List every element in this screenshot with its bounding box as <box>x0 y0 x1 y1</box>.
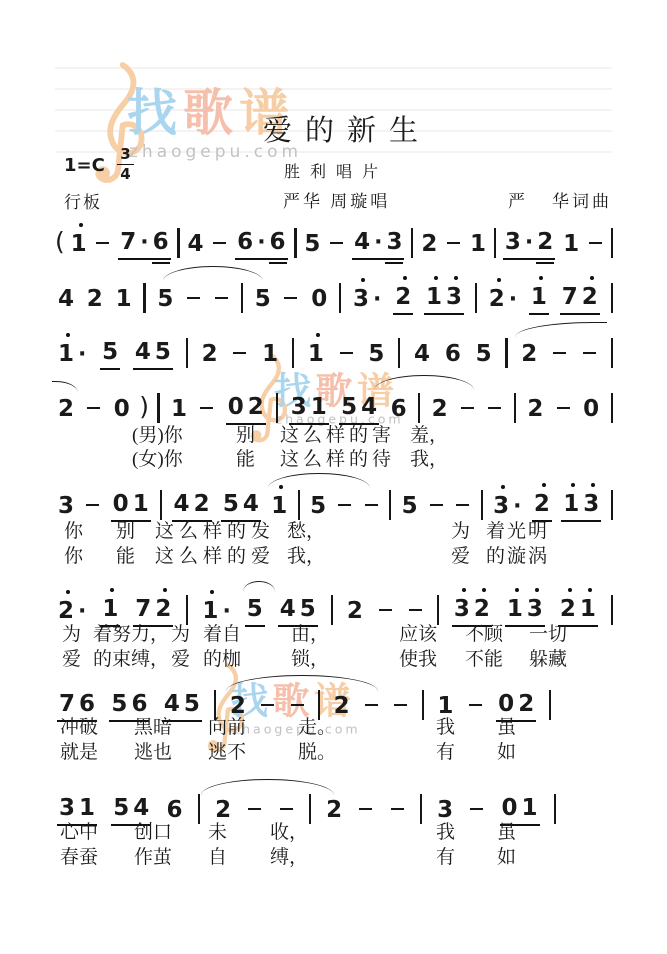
note-digit: 1 <box>308 343 324 366</box>
note-digit: 5 <box>402 495 418 518</box>
octave-dot <box>163 588 167 592</box>
jianpu-note: 1 <box>261 339 279 368</box>
duration-dash <box>280 808 293 811</box>
note-digit: 2 <box>527 398 543 421</box>
note-digit: 0 <box>502 797 518 820</box>
key-signature: 1=C <box>64 155 105 176</box>
barline <box>389 490 391 520</box>
lyric-segment: 的束缚， <box>93 649 169 671</box>
lyric-segment: 这么样的待 <box>280 449 395 471</box>
barline <box>298 490 300 520</box>
note-digit: 2 <box>194 493 210 516</box>
note-digit: 5 <box>184 693 200 716</box>
jianpu-note: 5 <box>299 594 317 623</box>
jianpu-note: 4· <box>353 227 383 256</box>
watermark-brand-char: 歌 <box>183 84 239 142</box>
lyric-segment: 着努力， <box>93 624 169 646</box>
barline <box>611 490 613 520</box>
jianpu-note: 1 <box>307 339 325 368</box>
lyric-segment: 躲藏 <box>529 649 567 671</box>
jianpu-note: 1 <box>78 793 96 822</box>
duration-dash <box>488 407 501 410</box>
jianpu-note: 5 <box>246 594 264 623</box>
jianpu-note: 5 <box>183 689 201 718</box>
lyric-segment: 为 <box>62 624 81 646</box>
duration-dash <box>261 704 274 707</box>
lyric-segment: 一切 <box>529 624 567 646</box>
duration-dash <box>447 242 460 245</box>
note-digit: 4 <box>135 341 151 364</box>
note-digit: 1 <box>133 493 149 516</box>
jianpu-note: 0 <box>310 284 328 313</box>
jianpu-note: 5 <box>112 793 130 822</box>
lyric-segment: 这么样的发 <box>155 521 275 543</box>
jianpu-note: 3 <box>57 491 75 520</box>
jianpu-note: 1 <box>562 229 580 258</box>
duration-dash <box>215 297 228 300</box>
jianpu-note: 1 <box>530 282 548 311</box>
octave-dot <box>316 333 320 337</box>
open-paren: ( <box>55 229 65 254</box>
octave-dot <box>539 276 543 280</box>
lyric-segment: 着自 <box>203 624 241 646</box>
jianpu-note: 5 <box>254 284 272 313</box>
note-digit: 0 <box>583 398 599 421</box>
note-digit: 1 <box>102 598 118 621</box>
jianpu-note: 1 <box>425 282 443 311</box>
jianpu-note: 1 <box>506 594 524 623</box>
note-digit: 6 <box>166 799 182 822</box>
duration-dash <box>589 242 602 245</box>
jianpu-note: 1 <box>270 491 288 520</box>
note-digit: 1 <box>271 495 287 518</box>
lyric-segment: 缚， <box>270 847 308 869</box>
note-digit: 2 <box>474 598 490 621</box>
beam-group: 72 <box>133 594 173 627</box>
lyric-segment: 为 <box>171 624 190 646</box>
beam-group: 1 <box>529 282 549 315</box>
jianpu-note: 2 <box>473 594 491 623</box>
jianpu-note: 4 <box>163 689 181 718</box>
note-digit: 3 <box>353 288 369 311</box>
augmentation-dot: · <box>513 496 521 518</box>
note-digit: 3 <box>291 396 307 419</box>
lyric-segment: 着光明 <box>486 521 549 543</box>
octave-dot <box>79 223 83 227</box>
lyric-segment: 我 <box>436 822 455 844</box>
jianpu-note: 3 <box>436 795 454 824</box>
note-digit: 2 <box>202 343 218 366</box>
barline <box>611 595 613 625</box>
barline <box>554 794 556 824</box>
jianpu-note: 2 <box>526 394 544 423</box>
jianpu-note: 2 <box>517 689 535 718</box>
note-digit: 3 <box>527 598 543 621</box>
barline <box>339 283 341 313</box>
barline <box>422 690 424 720</box>
lyric-segment: 为 <box>451 521 470 543</box>
augmentation-dot: · <box>78 344 86 366</box>
jianpu-note: 3 <box>453 594 471 623</box>
note-digit: 0 <box>114 398 130 421</box>
beam-group: 2 <box>393 282 413 315</box>
jianpu-note: 5 <box>309 491 327 520</box>
note-digit: 2 <box>58 600 74 623</box>
jianpu-note: 2 <box>325 795 343 824</box>
octave-dot <box>403 276 407 280</box>
slur-tie-arc <box>52 381 78 393</box>
duration-dash <box>340 352 353 355</box>
jianpu-note: 6 <box>390 394 408 423</box>
note-digit: 5 <box>341 396 357 419</box>
octave-dot <box>571 483 575 487</box>
jianpu-note: 4 <box>173 489 191 518</box>
octave-dot <box>542 483 546 487</box>
jianpu-note: 3 <box>445 282 463 311</box>
music-system: 4215503·2132·172 <box>55 279 615 317</box>
lyric-segment: 脱。 <box>298 742 336 764</box>
lyric-segment: 不能 <box>465 649 503 671</box>
watermark-brand-char: 找 <box>127 84 183 142</box>
octave-dot <box>501 485 505 489</box>
augmentation-dot: · <box>374 232 382 254</box>
barline <box>411 228 413 258</box>
duration-dash <box>365 504 378 507</box>
jianpu-note: 0 <box>501 793 519 822</box>
second-underline <box>385 262 403 264</box>
lyric-segment: 应该 <box>399 624 437 646</box>
jianpu-note: 7· <box>119 227 149 256</box>
note-digit: 2 <box>560 598 576 621</box>
note-digit: 3 <box>59 797 75 820</box>
slur-tie-arc <box>515 322 607 337</box>
barline <box>505 338 507 368</box>
jianpu-note: 3 <box>526 594 544 623</box>
duration-dash <box>284 297 297 300</box>
octave-dot <box>462 588 466 592</box>
jianpu-note: 0 <box>113 394 131 423</box>
beam-group: 5 <box>100 337 120 370</box>
lyric-segment: 收， <box>270 822 308 844</box>
note-digit: 7 <box>120 231 136 254</box>
octave-dot <box>434 276 438 280</box>
lyric-segment: (女)你 <box>132 449 183 471</box>
note-digit: 2 <box>58 398 74 421</box>
jianpu-note: 2 <box>86 284 104 313</box>
jianpu-note: 2· <box>57 596 87 625</box>
barline <box>611 393 613 423</box>
barline <box>611 338 613 368</box>
note-digit: 2 <box>518 693 534 716</box>
jianpu-note: 1 <box>115 284 133 313</box>
lyric-segment: 的漩涡 <box>486 546 549 568</box>
octave-dot <box>535 588 539 592</box>
barline <box>437 595 439 625</box>
barline <box>420 794 422 824</box>
jianpu-note: 3· <box>492 491 522 520</box>
jianpu-note: 5 <box>401 491 419 520</box>
beam-group: 01 <box>111 489 151 522</box>
beam-group: 31 <box>57 793 97 826</box>
barline <box>143 283 145 313</box>
augmentation-dot: · <box>140 232 148 254</box>
note-digit: 2 <box>334 695 350 718</box>
jianpu-note: 5 <box>156 284 174 313</box>
note-digit: 4 <box>243 493 259 516</box>
lyric-segment: 这么样的爱 <box>155 546 275 568</box>
close-paren: ) <box>139 394 149 419</box>
jianpu-note: 4 <box>360 392 378 421</box>
beam-group: 45 <box>133 337 173 370</box>
note-digit: 4 <box>164 693 180 716</box>
note-digit: 3 <box>437 799 453 822</box>
duration-dash <box>456 504 469 507</box>
jianpu-note: 4 <box>132 793 150 822</box>
note-digit: 1 <box>262 343 278 366</box>
duration-dash <box>409 609 422 612</box>
beam-group: 7·6 <box>118 227 170 260</box>
jianpu-note: 4 <box>279 594 297 623</box>
note-digit: 1 <box>116 288 132 311</box>
beam-group: 2 <box>532 489 552 522</box>
note-digit: 4 <box>174 493 190 516</box>
duration-dash <box>391 808 404 811</box>
duration-dash <box>86 504 99 507</box>
note-digit: 5 <box>223 493 239 516</box>
jianpu-note: 2· <box>488 284 518 313</box>
duration-dash <box>338 504 351 507</box>
beam-group: 13 <box>561 489 601 522</box>
lyric-segment: 爱 <box>62 649 81 671</box>
barline <box>292 338 294 368</box>
note-digit: 6 <box>270 231 286 254</box>
beam-group: 13 <box>424 282 464 315</box>
note-digit: 6 <box>79 693 95 716</box>
lyric-segment: 我， <box>287 546 325 568</box>
lyric-segment: 如 <box>497 847 516 869</box>
barline <box>198 794 200 824</box>
duration-dash <box>430 504 443 507</box>
duration-dash <box>330 242 343 245</box>
composer-credit-rest: 华词曲 <box>552 187 612 212</box>
music-system: 30142541553·213 <box>55 486 615 524</box>
lyric-segment: 你 <box>64 546 83 568</box>
note-digit: 3 <box>493 495 509 518</box>
note-digit: 0 <box>311 288 327 311</box>
octave-dot <box>361 278 365 282</box>
music-system: 1·54521154652 <box>55 334 615 372</box>
lyric-segment: 走。 <box>298 717 336 739</box>
note-digit: 5 <box>368 343 384 366</box>
duration-dash <box>470 808 483 811</box>
octave-dot <box>482 588 486 592</box>
jianpu-note: 1 <box>132 489 150 518</box>
duration-dash <box>96 242 109 245</box>
jianpu-note: 6 <box>78 689 96 718</box>
lyric-segment: 不顾 <box>465 624 503 646</box>
lyric-segment: 使我 <box>399 649 437 671</box>
note-digit: 3 <box>583 493 599 516</box>
lyric-segment: 锁， <box>291 649 329 671</box>
note-digit: 5 <box>155 341 171 364</box>
time-signature: 3 4 <box>117 146 134 183</box>
watermark-domain-text: zhaogepu.com <box>233 722 361 737</box>
note-digit: 4 <box>414 343 430 366</box>
lyric-segment: 创口 <box>134 822 172 844</box>
beam-group: 13 <box>505 594 545 627</box>
octave-dot <box>515 588 519 592</box>
jianpu-note: 2 <box>214 795 232 824</box>
lyric-segment: 由， <box>291 624 329 646</box>
duration-dash <box>200 407 213 410</box>
lyric-segment: 我 <box>436 717 455 739</box>
song-title: 爱的新生 <box>263 108 431 149</box>
lyric-segment: 黑暗 <box>134 717 172 739</box>
jianpu-note: 0 <box>582 394 600 423</box>
jianpu-note: 5 <box>303 229 321 258</box>
jianpu-note: 0 <box>112 489 130 518</box>
jianpu-note: 2 <box>559 594 577 623</box>
note-digit: 2 <box>215 799 231 822</box>
sheet-music-page: 找歌谱zhaogepu.com找歌谱zhaogepu.com找歌谱zhaogep… <box>0 0 667 954</box>
jianpu-note: 2 <box>229 691 247 720</box>
jianpu-note: 3 <box>290 392 308 421</box>
jianpu-note: 5 <box>110 689 128 718</box>
barline <box>186 595 188 625</box>
note-digit: 1 <box>202 600 218 623</box>
lyric-segment: 未 <box>208 822 227 844</box>
jianpu-note: 1· <box>57 339 87 368</box>
lyric-segment: 虽 <box>497 822 516 844</box>
beam-group: 31 <box>289 392 329 425</box>
slur-tie-arc <box>268 473 370 489</box>
note-digit: 2 <box>582 286 598 309</box>
lyric-segment: 愁， <box>287 521 325 543</box>
jianpu-note: 4 <box>57 284 75 313</box>
note-digit: 6 <box>131 693 147 716</box>
barline <box>611 228 613 258</box>
lyric-segment: 有 <box>436 847 455 869</box>
octave-dot <box>588 588 592 592</box>
jianpu-note: 4 <box>413 339 431 368</box>
jianpu-note: 3 <box>582 489 600 518</box>
jianpu-note: 1 <box>310 392 328 421</box>
augmentation-dot: · <box>257 232 265 254</box>
jianpu-note: 6 <box>165 795 183 824</box>
beam-group: 01 <box>500 793 540 826</box>
duration-dash <box>187 297 200 300</box>
note-digit: 2 <box>421 233 437 256</box>
note-digit: 7 <box>59 693 75 716</box>
note-digit: 5 <box>304 233 320 256</box>
duration-dash <box>469 704 482 707</box>
duration-dash <box>553 352 566 355</box>
barline <box>294 228 296 258</box>
note-digit: 3 <box>446 286 462 309</box>
note-digit: 2 <box>432 398 448 421</box>
jianpu-note: 2 <box>420 229 438 258</box>
note-digit: 6 <box>237 231 253 254</box>
barline <box>177 228 179 258</box>
lyric-segment: 如 <box>497 742 516 764</box>
note-digit: 1 <box>531 286 547 309</box>
note-digit: 5 <box>102 341 118 364</box>
note-digit: 4 <box>361 396 377 419</box>
music-system: (17·646·654·3213·21 <box>55 224 615 262</box>
jianpu-note: 7 <box>134 594 152 623</box>
performers-credit: 严华 周璇唱 <box>283 187 390 212</box>
duration-dash <box>557 407 570 410</box>
music-system: 20)10231546220 <box>55 389 615 427</box>
barline <box>160 490 162 520</box>
beam-group: 54 <box>221 489 261 522</box>
augmentation-dot: · <box>78 601 86 623</box>
beam-group: 6·6 <box>235 227 287 260</box>
jianpu-note: 2 <box>394 282 412 311</box>
note-digit: 5 <box>111 693 127 716</box>
note-digit: 2 <box>248 396 264 419</box>
beam-group: 42 <box>172 489 212 522</box>
barline <box>331 595 333 625</box>
jianpu-note: 2 <box>533 489 551 518</box>
note-digit: 2 <box>347 600 363 623</box>
beam-group: 32 <box>452 594 492 627</box>
jianpu-note: 6· <box>236 227 266 256</box>
barline <box>241 283 243 313</box>
note-digit: 1 <box>580 598 596 621</box>
duration-dash <box>359 808 372 811</box>
barline <box>214 690 216 720</box>
note-digit: 4 <box>280 598 296 621</box>
duration-dash <box>233 352 246 355</box>
jianpu-note: 1 <box>101 594 119 623</box>
beam-group: 5 <box>245 594 265 627</box>
note-digit: 7 <box>562 286 578 309</box>
barline <box>318 690 320 720</box>
lyric-segment: 心中 <box>60 822 98 844</box>
jianpu-note: 1 <box>70 229 88 258</box>
note-digit: 5 <box>157 288 173 311</box>
lyric-segment: 的枷 <box>203 649 241 671</box>
jianpu-note: 3· <box>352 284 382 313</box>
note-digit: 3 <box>505 231 521 254</box>
note-digit: 0 <box>113 493 129 516</box>
jianpu-note: 5 <box>101 337 119 366</box>
slur-tie-arc <box>163 266 263 282</box>
jianpu-note: 3 <box>385 227 403 256</box>
jianpu-note: 1 <box>579 594 597 623</box>
jianpu-note: 7 <box>58 689 76 718</box>
octave-dot <box>454 276 458 280</box>
jianpu-note: 3 <box>58 793 76 822</box>
beam-group: 45 <box>278 594 318 627</box>
barline <box>549 690 551 720</box>
jianpu-note: 1 <box>436 691 454 720</box>
jianpu-note: 6 <box>269 227 287 256</box>
duration-dash <box>213 242 226 245</box>
barline <box>481 490 483 520</box>
jianpu-note: 5 <box>367 339 385 368</box>
note-digit: 5 <box>113 797 129 820</box>
octave-dot <box>497 278 501 282</box>
lyric-segment: 有 <box>436 742 455 764</box>
octave-dot <box>66 590 70 594</box>
note-digit: 6 <box>445 343 461 366</box>
beam-group: 21 <box>558 594 598 627</box>
jianpu-note: 2 <box>154 594 172 623</box>
note-digit: 1 <box>563 233 579 256</box>
beam-group: 54 <box>339 392 379 425</box>
